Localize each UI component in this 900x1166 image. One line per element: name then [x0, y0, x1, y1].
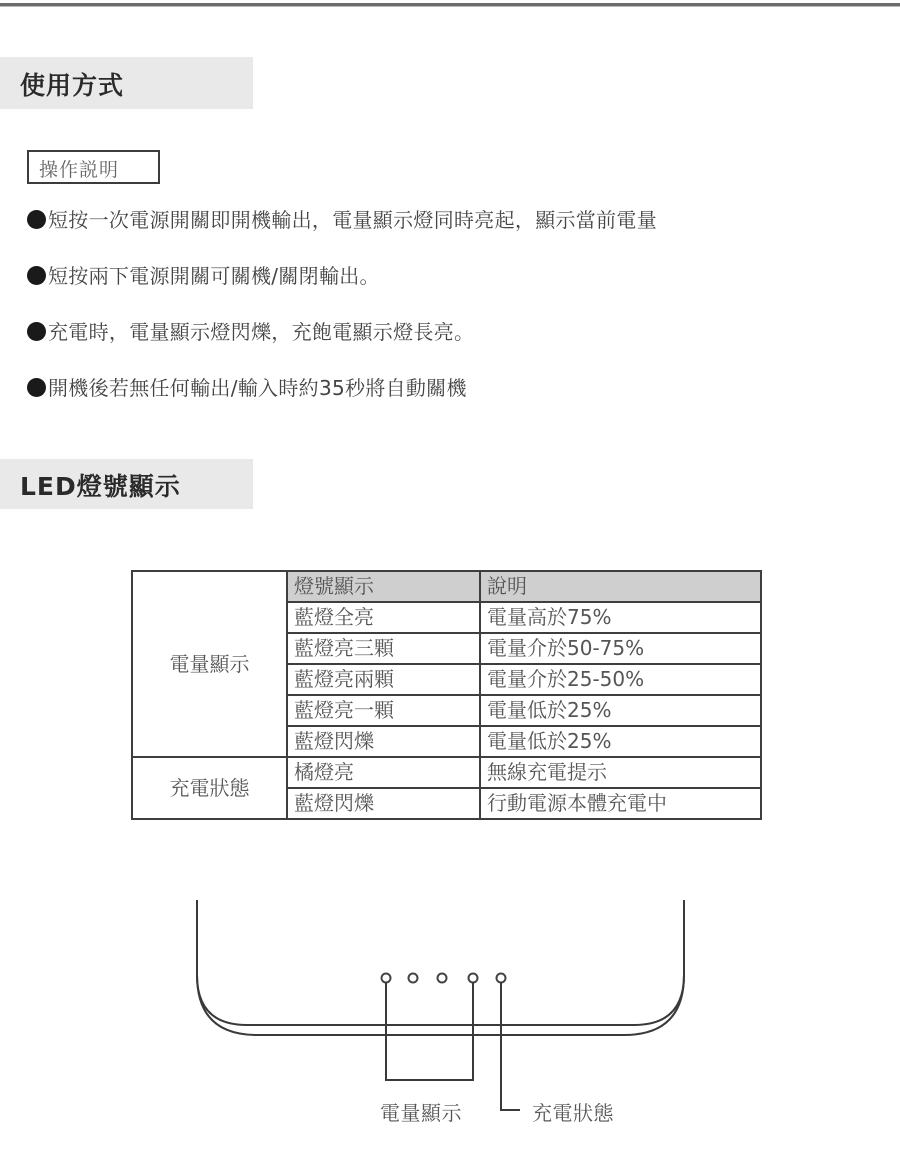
bullet-icon: [27, 322, 46, 341]
top-divider: [0, 3, 900, 7]
led-cell: 藍燈亮一顆: [287, 695, 480, 726]
group-label: 充電狀態: [170, 776, 250, 800]
section-header-usage: 使用方式: [0, 57, 253, 109]
led-cell: 橘燈亮: [287, 757, 480, 788]
led-cell: 藍燈亮兩顆: [287, 664, 480, 695]
table-header-row: 電量顯示 燈號顯示 說明: [132, 571, 761, 602]
led-cell: 藍燈全亮: [287, 602, 480, 633]
bullet-icon: [27, 266, 46, 285]
list-item: 短按兩下電源開關可關機/關閉輸出。: [27, 260, 657, 316]
section-title-led: LED燈號顯示: [20, 467, 181, 503]
instruction-list: 短按一次電源開關即開機輸出，電量顯示燈同時亮起，顯示當前電量 短按兩下電源開關可…: [27, 204, 657, 428]
list-item: 短按一次電源開關即開機輸出，電量顯示燈同時亮起，顯示當前電量: [27, 204, 657, 260]
diagram-label-charging: 充電狀態: [532, 1097, 614, 1126]
group-cell-capacity: 電量顯示: [132, 571, 287, 757]
group-cell-charging: 充電狀態: [132, 757, 287, 819]
desc-cell: 電量高於75%: [480, 602, 761, 633]
list-item: 開機後若無任何輸出/輸入時約35秒將自動關機: [27, 372, 657, 428]
bullet-text: 開機後若無任何輸出/輸入時約35秒將自動關機: [48, 376, 467, 400]
led-icon: [382, 974, 391, 983]
led-icon: [469, 974, 478, 983]
desc-cell: 電量介於25-50%: [480, 664, 761, 695]
desc-cell: 電量低於25%: [480, 695, 761, 726]
list-item: 充電時，電量顯示燈閃爍，充飽電顯示燈長亮。: [27, 316, 657, 372]
led-indicator-table: 電量顯示 燈號顯示 說明 藍燈全亮 電量高於75% 藍燈亮三顆 電量介於50-7…: [131, 570, 762, 820]
capacity-callout-line: [386, 982, 473, 1080]
table-row: 充電狀態 橘燈亮 無線充電提示: [132, 757, 761, 788]
diagram-label-capacity: 電量顯示: [380, 1097, 462, 1126]
group-label: 電量顯示: [170, 652, 250, 676]
desc-cell: 無線充電提示: [480, 757, 761, 788]
subheading-text: 操作説明: [39, 155, 119, 182]
led-icon: [497, 974, 506, 983]
led-indicators: [382, 974, 506, 983]
column-header-led: 燈號顯示: [287, 571, 480, 602]
bullet-icon: [27, 210, 46, 229]
device-outline-inner: [197, 900, 684, 1025]
charging-callout-line: [501, 982, 520, 1110]
bullet-text: 短按兩下電源開關可關機/關閉輸出。: [48, 264, 380, 288]
led-cell: 藍燈閃爍: [287, 788, 480, 819]
led-icon: [409, 974, 418, 983]
operation-instructions-label: 操作説明: [27, 150, 160, 184]
section-header-led: LED燈號顯示: [0, 459, 253, 509]
led-icon: [438, 974, 447, 983]
bullet-text: 短按一次電源開關即開機輸出，電量顯示燈同時亮起，顯示當前電量: [48, 208, 657, 232]
bullet-text: 充電時，電量顯示燈閃爍，充飽電顯示燈長亮。: [48, 320, 474, 344]
section-title-usage: 使用方式: [20, 66, 124, 102]
led-cell: 藍燈閃爍: [287, 726, 480, 757]
desc-cell: 電量介於50-75%: [480, 633, 761, 664]
desc-cell: 電量低於25%: [480, 726, 761, 757]
desc-cell: 行動電源本體充電中: [480, 788, 761, 819]
bullet-icon: [27, 378, 46, 397]
column-header-desc: 說明: [480, 571, 761, 602]
led-cell: 藍燈亮三顆: [287, 633, 480, 664]
device-outline-outer: [197, 975, 684, 1035]
